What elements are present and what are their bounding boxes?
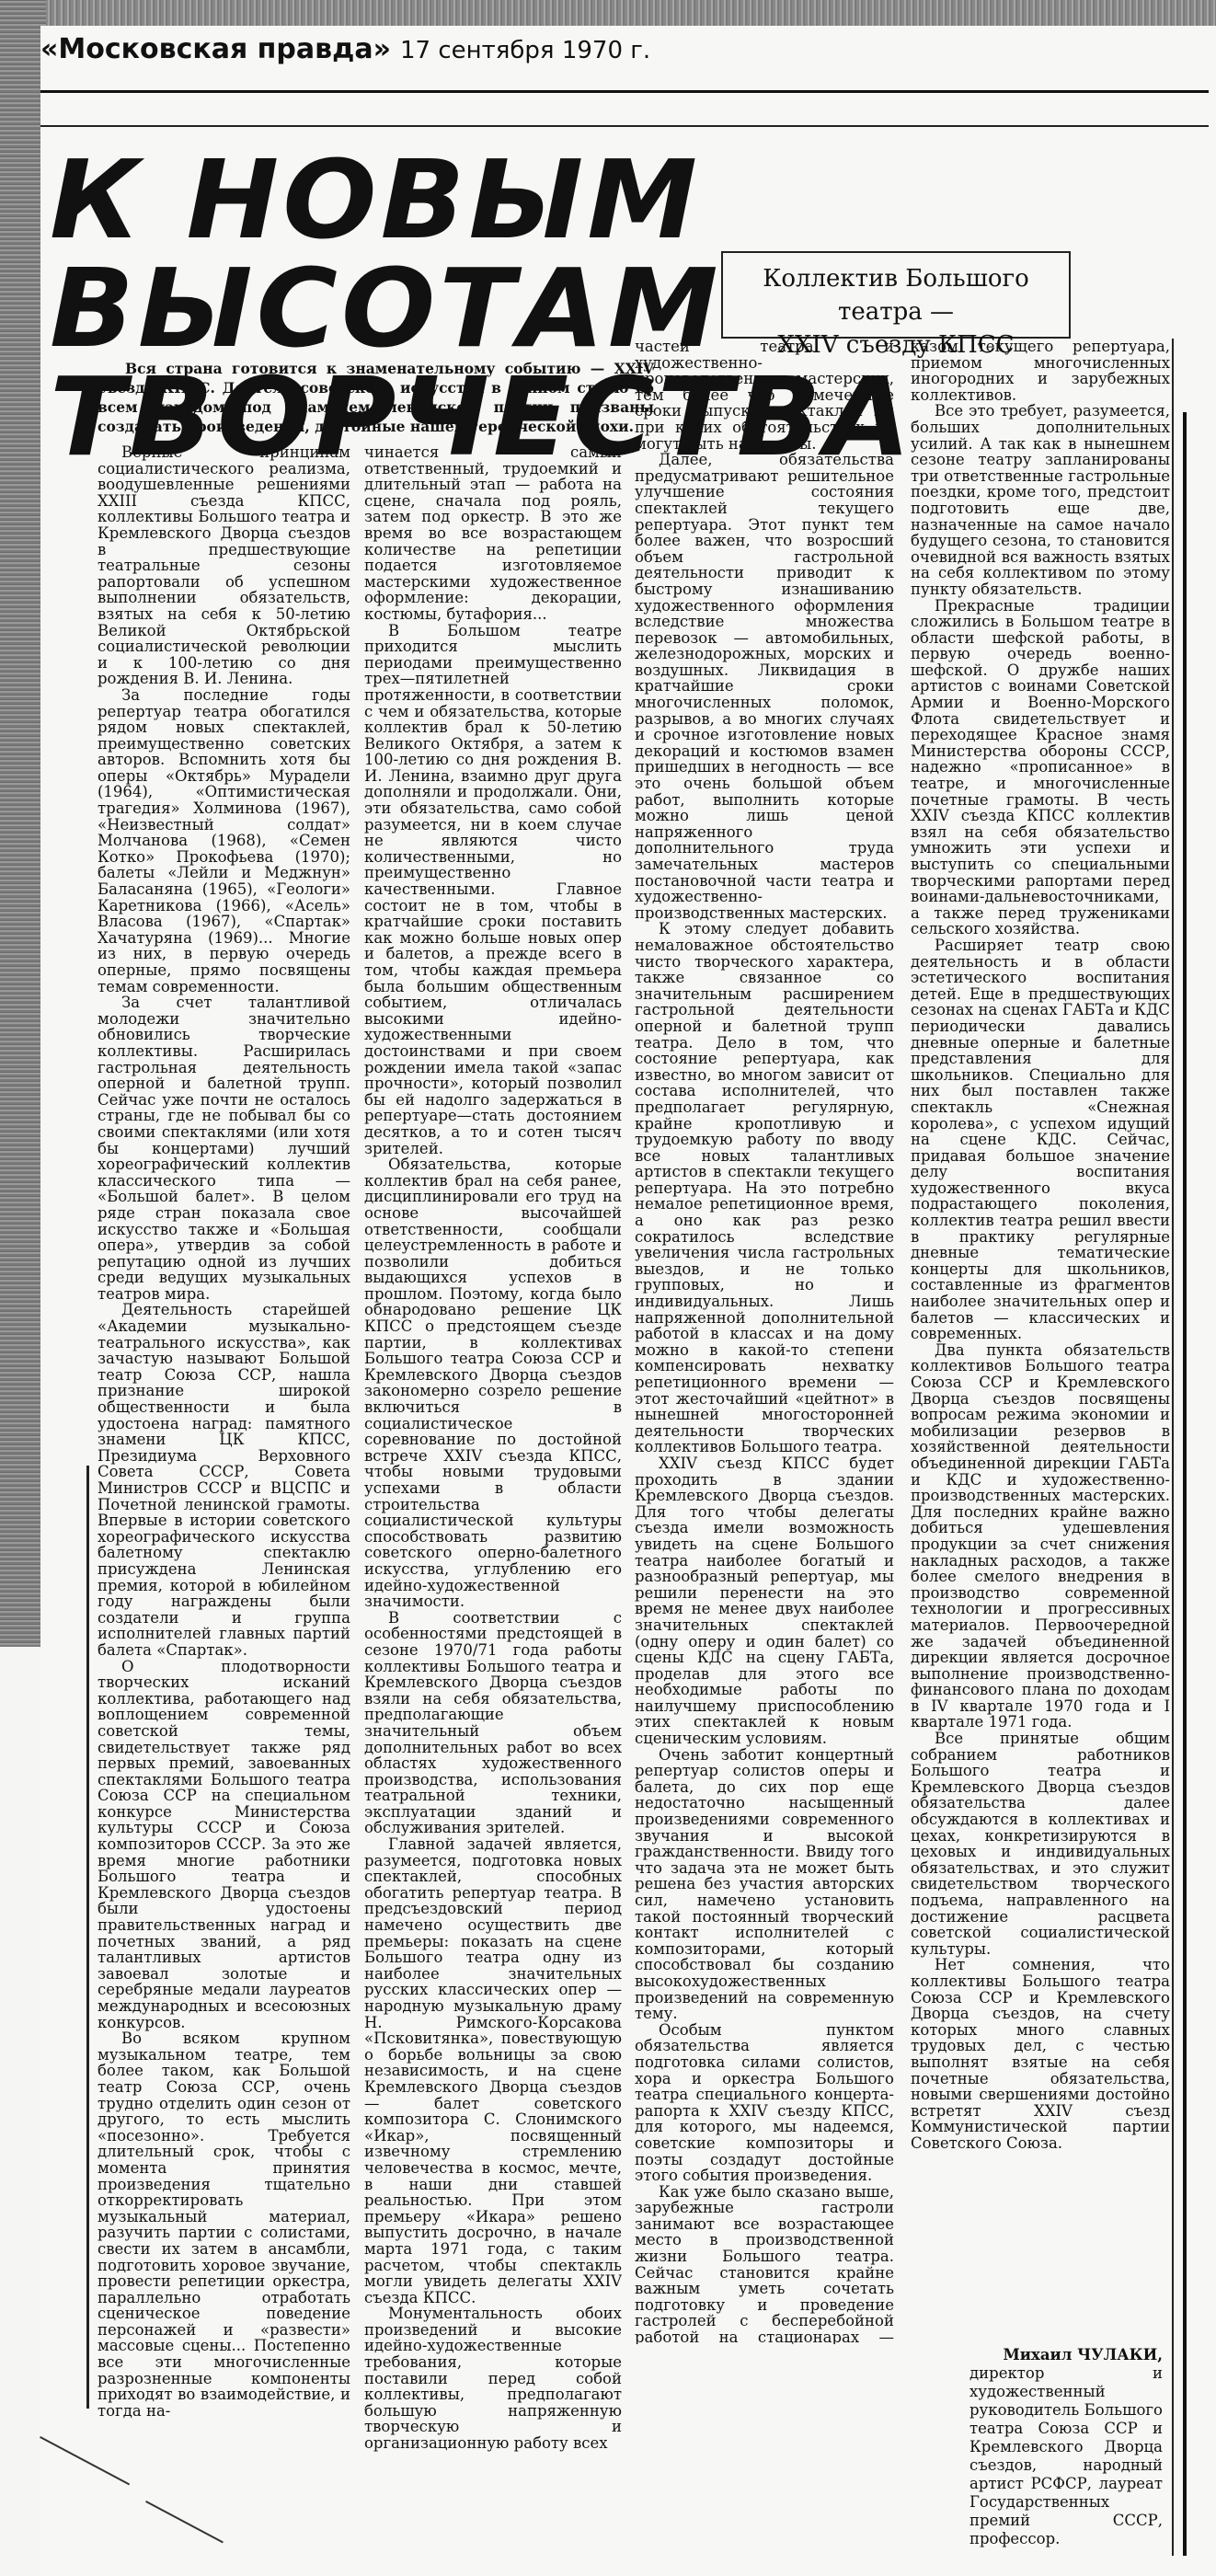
paragraph: Верные принципам социалистического реали… (98, 444, 350, 687)
paragraph: Очень заботит концертный репертуар солис… (635, 1747, 894, 2022)
paragraph: Прекрасные традиции сложились в Большом … (911, 598, 1170, 937)
author-title: директор и художественный руководитель Б… (960, 2364, 1163, 2548)
paragraph: За счет талантливой молодежи значительно… (98, 995, 350, 1302)
clipping-edge-left (86, 1466, 89, 2409)
paragraph: Как уже было сказано выше, зарубежные га… (635, 2184, 894, 2344)
author-signature: Михаил ЧУЛАКИ, директор и художественный… (960, 2346, 1163, 2548)
article-column-2: чинается самый ответственный, трудоемкий… (364, 444, 622, 2501)
scan-border-top (0, 0, 1216, 28)
issue-date: 17 сентября 1970 г. (400, 37, 650, 64)
paragraph: Во всяком крупном музыкальном театре, те… (98, 2030, 350, 2419)
article-column-3: частей театра и художественно-производст… (635, 339, 894, 2344)
rubric-line-1: Коллектив Большого театра — (723, 262, 1069, 328)
paragraph: Особым пунктом обязательства является по… (635, 2022, 894, 2184)
author-name: Михаил ЧУЛАКИ, (960, 2346, 1163, 2364)
scan-border-left (0, 0, 46, 1647)
headline-line-1: К новым высотам (50, 136, 722, 372)
clipping-edge-right (1172, 339, 1174, 2556)
paragraph: Монументальность обоих произведений и вы… (364, 2306, 622, 2451)
paragraph: Два пункта обязательств коллективов Боль… (911, 1342, 1170, 1731)
clipping-edge-right-outer (1183, 412, 1187, 2556)
paragraph: О плодотворности творческих исканий колл… (98, 1659, 350, 2031)
article-column-4: казом текущего репертуара, приемом много… (911, 339, 1170, 2252)
newspaper-page: «Московская правда» 17 сентября 1970 г. … (40, 26, 1216, 2576)
paragraph: В соответствии с особенностями предстоящ… (364, 1610, 622, 1836)
article-lead: Вся страна готовится к знаменательному с… (98, 359, 654, 436)
paragraph: Далее, обязательства предусматривают реш… (635, 452, 894, 921)
paragraph: Расширяет театр свою деятельность и в об… (911, 937, 1170, 1342)
paragraph: частей театра и художественно-производст… (635, 339, 894, 452)
paragraph: Обязательства, которые коллектив брал на… (364, 1156, 622, 1610)
masthead: «Московская правда» 17 сентября 1970 г. (40, 33, 1209, 88)
masthead-rule-lower (40, 125, 1209, 127)
article-column-1: Верные принципам социалистического реали… (98, 444, 350, 2547)
newspaper-name: «Московская правда» (40, 33, 391, 65)
masthead-rule (40, 90, 1209, 93)
paragraph: Все это требует, разумеется, больших доп… (911, 403, 1170, 597)
paragraph: К этому следует добавить немаловажное об… (635, 921, 894, 1455)
rubric-box: Коллектив Большого театра — XXIV съезду … (721, 251, 1071, 339)
paragraph: За последние годы репертуар театра обога… (98, 687, 350, 995)
paragraph: Деятельность старейшей «Академии музыкал… (98, 1302, 350, 1658)
paragraph: Нет сомнения, что коллективы Большого те… (911, 1957, 1170, 2151)
paragraph: В Большом театре приходится мыслить пери… (364, 623, 622, 1157)
paragraph: казом текущего репертуара, приемом много… (911, 339, 1170, 403)
paragraph: XXIV съезд КПСС будет проходить в здании… (635, 1455, 894, 1747)
paragraph: Главной задачей является, разумеется, по… (364, 1836, 622, 2306)
paragraph: Все принятые общим собранием работников … (911, 1731, 1170, 1957)
paragraph: чинается самый ответственный, трудоемкий… (364, 444, 622, 623)
